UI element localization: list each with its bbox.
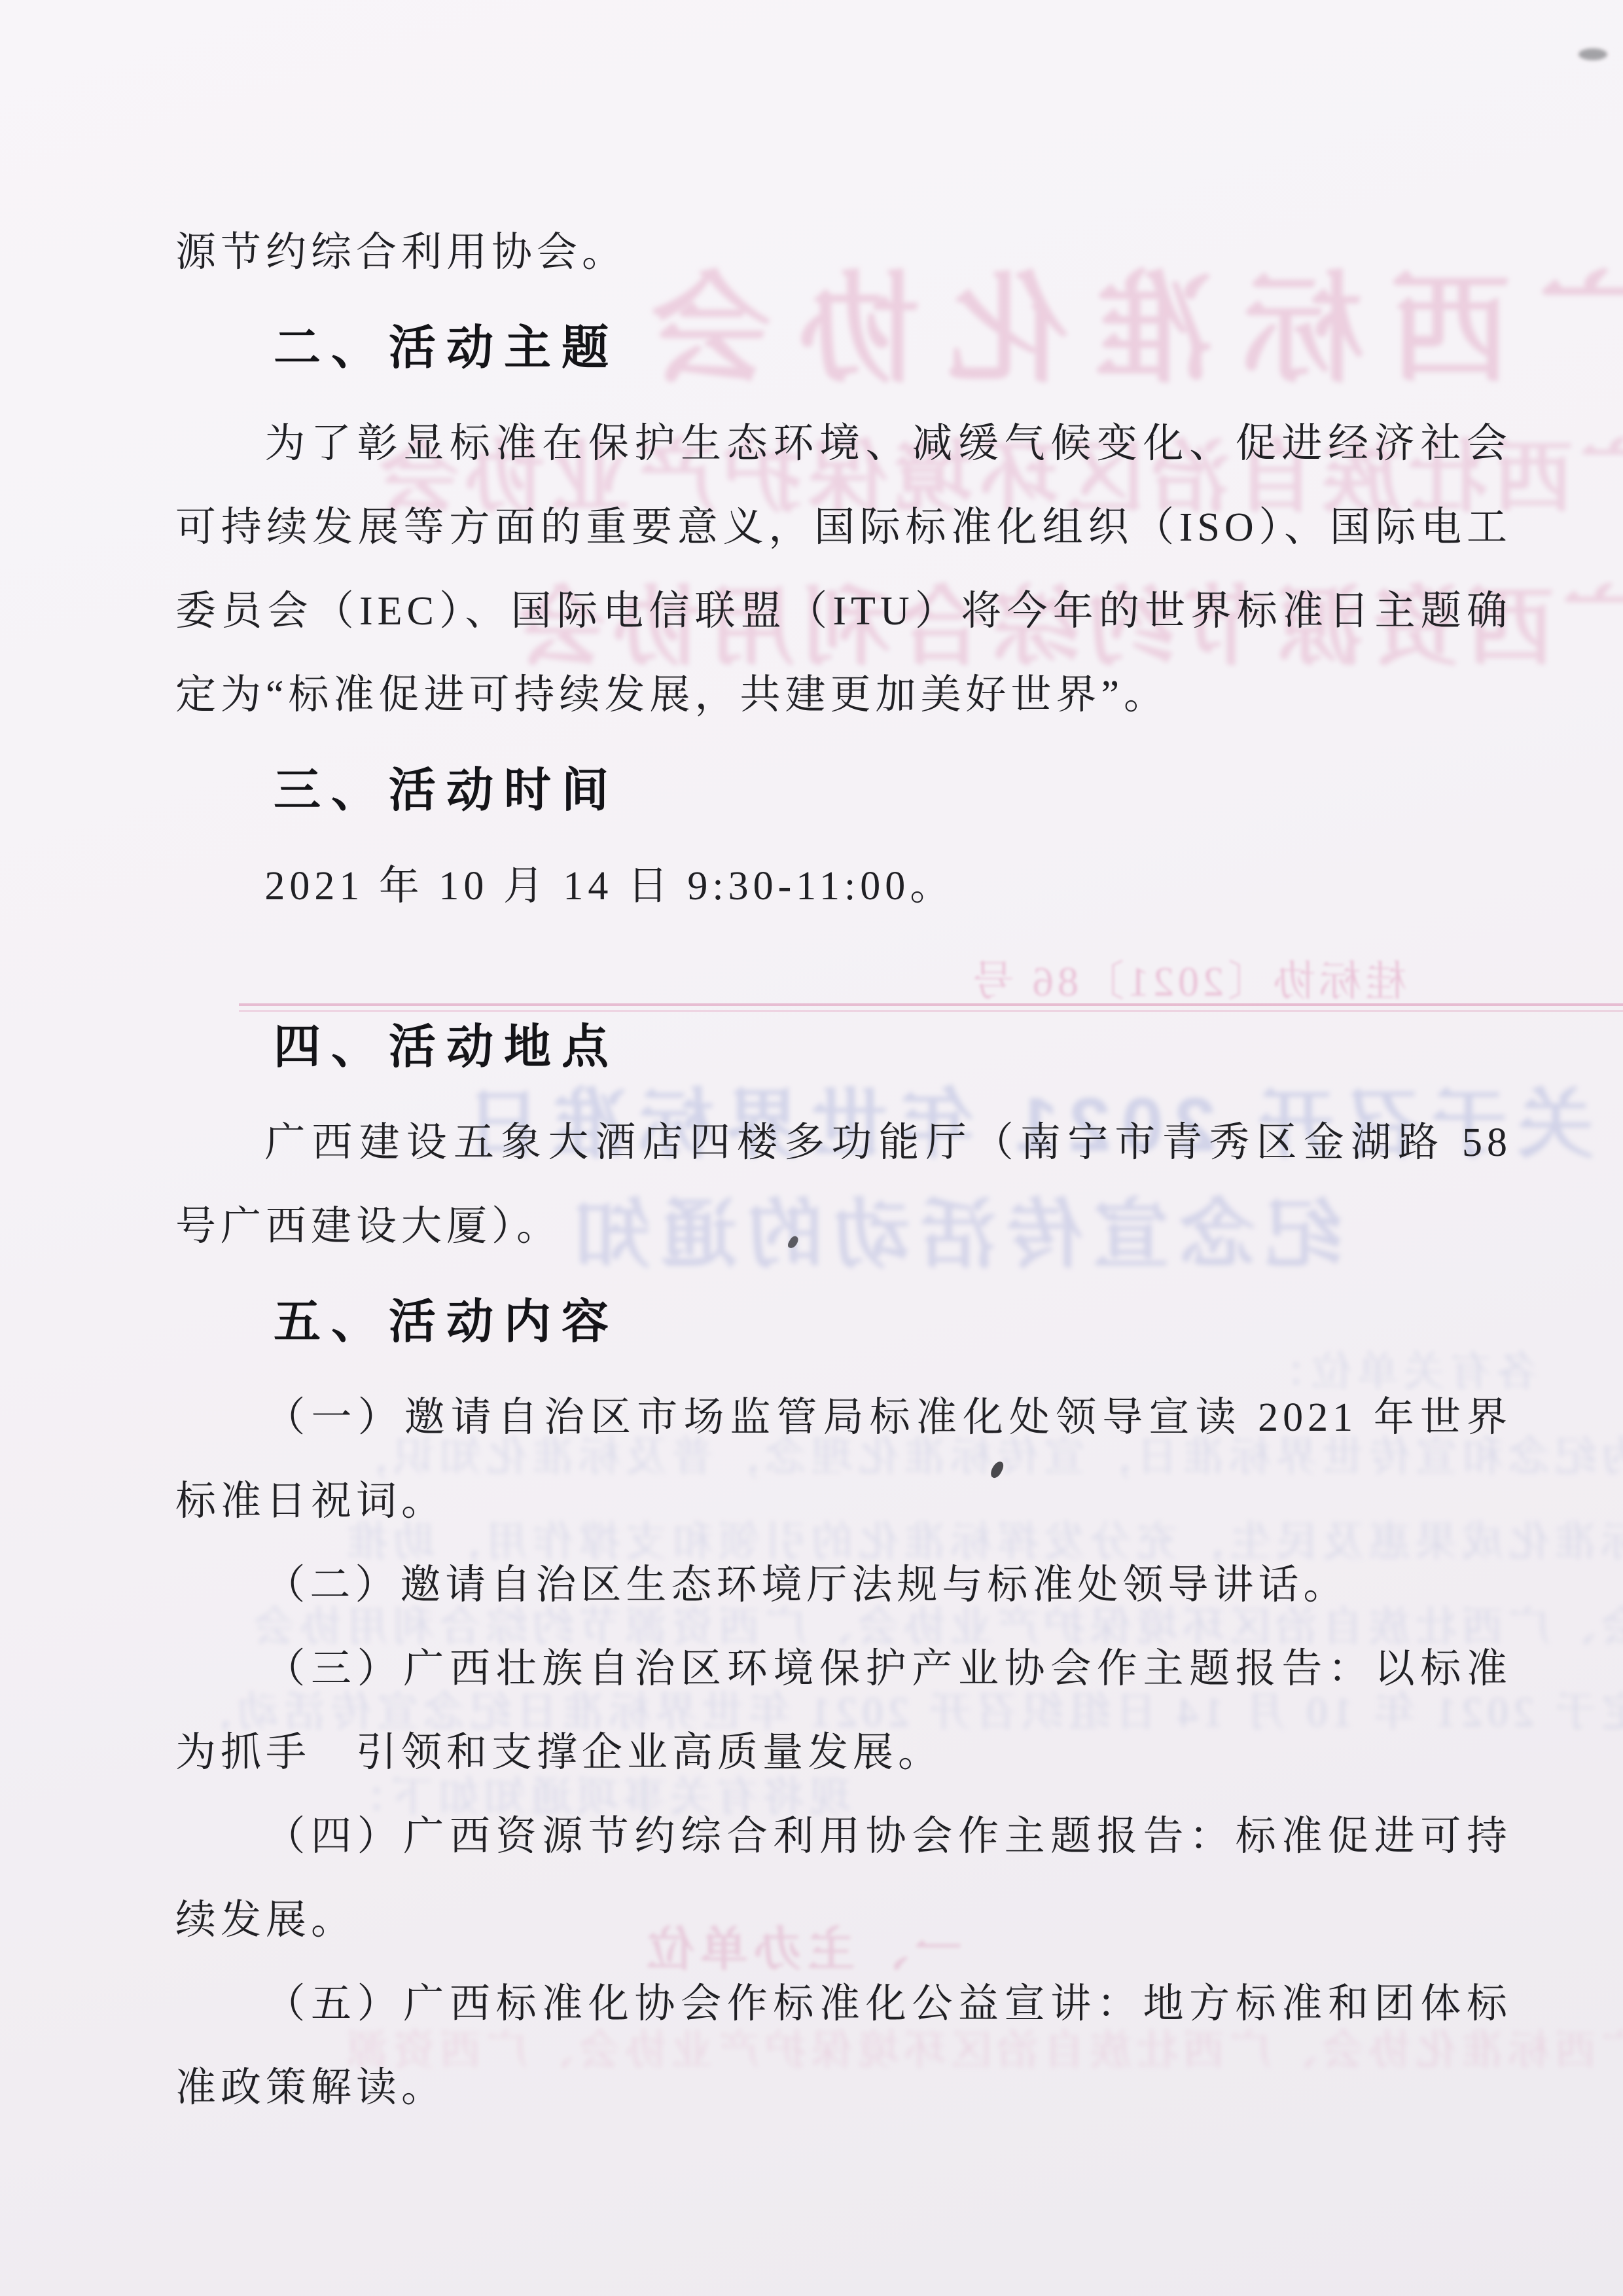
heading-activity-content: 五、活动内容 bbox=[274, 1280, 1512, 1364]
activity-item-5: （五）广西标准化协会作标准化公益宣讲：地方标准和团体标准政策解读。 bbox=[175, 1962, 1512, 2130]
notice-body: 源节约综合利用协会。 二、活动主题 为了彰显标准在保护生态环境、减缓气候变化、促… bbox=[175, 211, 1512, 2130]
activity-item-2: （二）邀请自治区生态环境厅法规与标准处领导讲话。 bbox=[175, 1543, 1512, 1627]
scanner-artifact bbox=[1578, 48, 1607, 60]
heading-activity-time: 三、活动时间 bbox=[274, 749, 1512, 833]
continuation-line: 源节约综合利用协会。 bbox=[175, 211, 1512, 295]
heading-activity-venue: 四、活动地点 bbox=[274, 1005, 1512, 1089]
paragraph-activity-venue: 广西建设五象大酒店四楼多功能厅（南宁市青秀区金湖路 58 号广西建设大厦）。 bbox=[175, 1101, 1512, 1268]
scanned-document-page: 广西标准化协会 广西壮族自治区环境保护产业协会 广西资源节约综合利用协会 桂标协… bbox=[0, 0, 1623, 2296]
heading-activity-theme: 二、活动主题 bbox=[274, 306, 1512, 390]
activity-item-1: （一）邀请自治区市场监管局标准化处领导宣读 2021 年世界标准日祝词。 bbox=[175, 1376, 1512, 1543]
paragraph-activity-theme: 为了彰显标准在保护生态环境、减缓气候变化、促进经济社会可持续发展等方面的重要意义… bbox=[175, 402, 1512, 737]
paragraph-activity-time: 2021 年 10 月 14 日 9:30-11:00。 bbox=[175, 844, 1512, 928]
activity-item-3: （三）广西壮族自治区环境保护产业协会作主题报告：以标准为抓手 引领和支撑企业高质… bbox=[175, 1627, 1512, 1795]
activity-item-4: （四）广西资源节约综合利用协会作主题报告：标准促进可持续发展。 bbox=[175, 1795, 1512, 1962]
